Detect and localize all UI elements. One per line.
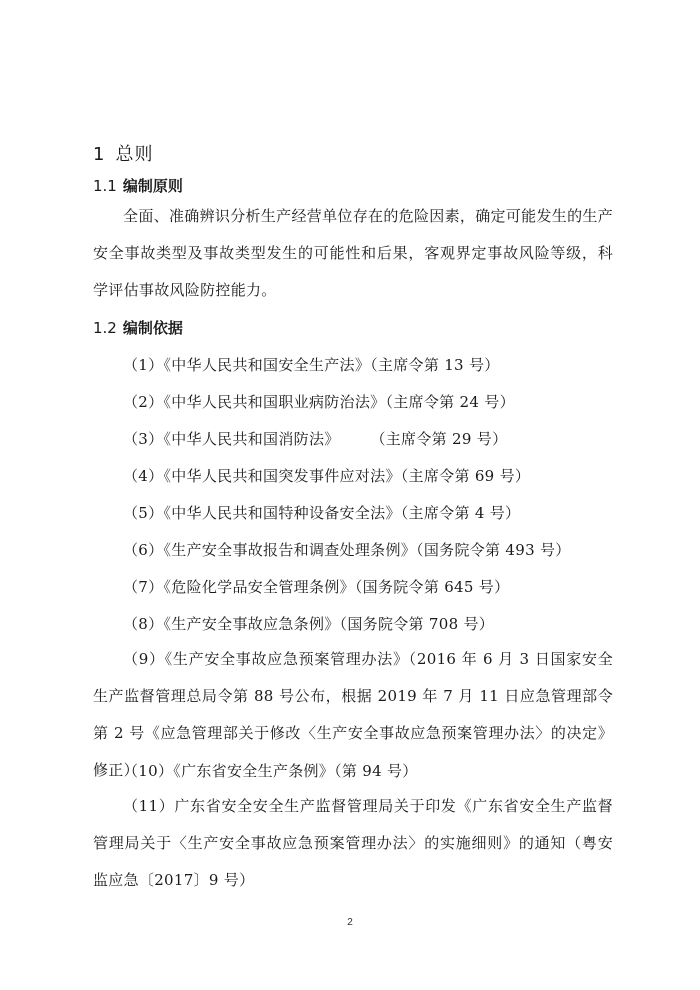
basis-item-11: （11）广东省安全安全生产监督管理局关于印发《广东省安全生产监督管理局关于〈生产… bbox=[93, 788, 613, 899]
basis-item-3: （3）《中华人民共和国消防法》 （主席令第 29 号） bbox=[123, 428, 507, 449]
basis-item-7: （7）《危险化学品安全管理条例》（国务院令第 645 号） bbox=[123, 576, 509, 597]
basis-item-10: （10）《广东省安全生产条例》（第 94 号） bbox=[123, 760, 418, 781]
basis-item-1: （1）《中华人民共和国安全生产法》（主席令第 13 号） bbox=[123, 354, 500, 375]
basis-item-4: （4）《中华人民共和国突发事件应对法》（主席令第 69 号） bbox=[123, 465, 530, 486]
section-heading: 1总则 bbox=[93, 140, 153, 166]
subsection-number: 1.2 bbox=[93, 319, 117, 337]
basis-item-6: （6）《生产安全事故报告和调查处理条例》（国务院令第 493 号） bbox=[123, 539, 571, 560]
subsection-number: 1.1 bbox=[93, 177, 117, 195]
basis-item-2: （2）《中华人民共和国职业病防治法》（主席令第 24 号） bbox=[123, 391, 515, 412]
section-number: 1 bbox=[93, 144, 105, 165]
document-page: 1总则 1.1编制原则 全面、准确辨识分析生产经营单位存在的危险因素，确定可能发… bbox=[0, 0, 700, 990]
page-number: 2 bbox=[0, 917, 700, 928]
subsection-title: 编制原则 bbox=[123, 177, 183, 195]
section-title: 总则 bbox=[115, 144, 153, 165]
basis-item-8: （8）《生产安全事故应急条例》（国务院令第 708 号） bbox=[123, 613, 494, 634]
subsection-heading-1-1: 1.1编制原则 bbox=[93, 175, 183, 196]
subsection-heading-1-2: 1.2编制依据 bbox=[93, 317, 183, 338]
principle-paragraph: 全面、准确辨识分析生产经营单位存在的危险因素，确定可能发生的生产安全事故类型及事… bbox=[93, 198, 613, 309]
subsection-title: 编制依据 bbox=[123, 319, 183, 337]
basis-item-5: （5）《中华人民共和国特种设备安全法》（主席令第 4 号） bbox=[123, 502, 520, 523]
